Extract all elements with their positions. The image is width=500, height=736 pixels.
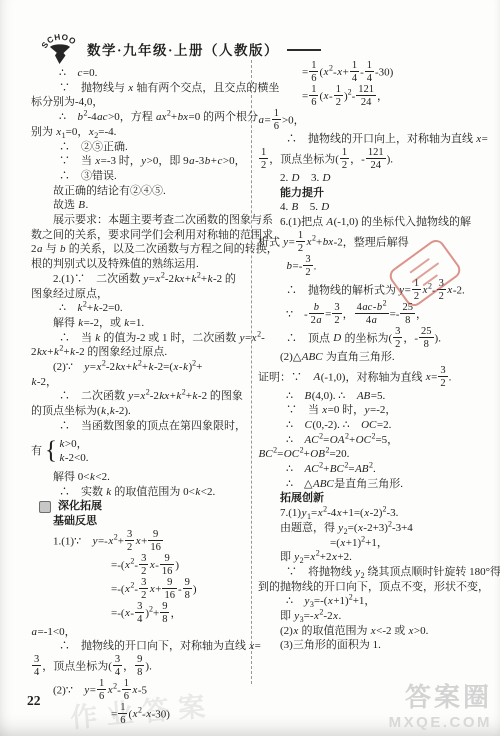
- header-rule: [287, 49, 321, 51]
- text-line: 2.(1)∵ 二次函数 y=x2-2kx+k2+k-2 的: [31, 272, 250, 287]
- text-line: 即 y2=x2+2x+2.: [258, 550, 494, 565]
- brace-glyph: {: [45, 435, 57, 466]
- text-line: 析式 y=12x2+bx-2，整理后解得: [258, 230, 494, 254]
- text-line: ∴ AC2=OA2+OC2=5，: [258, 433, 494, 448]
- text-line: =(x+1)2+1，: [258, 536, 494, 551]
- text-line: ∴ 抛物线的解析式为 y=12x2-32x-2.: [258, 278, 494, 302]
- text-line: ∴ B(4,0). ∴ AB=5.: [258, 389, 494, 404]
- subsection-header: 能力提升: [258, 186, 494, 201]
- text-line: ∴ 当 k 的值为-2 或 1 时，二次函数 y=x2-: [31, 331, 250, 346]
- text-line: ∴ 抛物线的开口向下，对称轴为直线 x=: [31, 639, 250, 654]
- text-line: 2. D 3. D: [258, 171, 494, 186]
- answer-site-watermark: 答案圈 MXQE.COM: [389, 677, 492, 731]
- text-line: 4. B 5. D: [258, 200, 494, 215]
- text-line: 的顶点坐标为(k,k-2).: [31, 404, 250, 419]
- text-line: 即 y3=-x2-2x.: [258, 609, 494, 624]
- text-line: 数之间的关系，要求同学们会利用对称轴的范围求: [31, 228, 250, 243]
- text-line: (2)x 的取值范围为 x<-2 或 x>0.: [258, 624, 494, 639]
- text-line: 34，顶点坐标为(34，98).: [31, 654, 250, 678]
- text-line: 1.(1)∵ y=-x2+32x+916: [31, 529, 250, 553]
- text-line: (3)三角形的面积为 1.: [258, 638, 494, 653]
- text-line: ∴ ②⑤正确.: [31, 140, 250, 155]
- text-line: ∴ b2-4ac>0，方程 ax2+bx=0 的两个根分: [31, 110, 250, 125]
- text-line: 12，顶点坐标为(12，-12124).: [258, 147, 494, 171]
- text-line: ∴ 抛物线的开口向上，对称轴为直线 x=: [258, 132, 494, 147]
- text-line: 标分别为-4,0，: [31, 95, 250, 110]
- subsection-header: 拓展创新: [258, 491, 494, 506]
- text-line: 到的抛物线的开口向下，顶点不变，形状不变，: [258, 580, 494, 595]
- text-line: ∴ k2+k-2=0.: [31, 301, 250, 316]
- text-line: a=16>0，: [258, 108, 494, 132]
- book-title: 数学·九年级·上册（人教版）: [87, 39, 279, 59]
- text-line: 故选 B.: [31, 198, 250, 213]
- text-line: 证明：∵ A(-1,0)，对称轴为直线 x=32.: [258, 365, 494, 389]
- text-line: (2)△ABC 为直角三角形.: [258, 350, 494, 365]
- text-line: 别为 x1=0，x2=-4.: [31, 125, 250, 140]
- text-line: ∴ 二次函数 y=x2-2kx+k2+k-2 的图象: [31, 389, 250, 404]
- text-line: ∴ 当函数图象的顶点在第四象限时，: [31, 419, 250, 434]
- equation-system-line: 有{k>0，k-2<0.: [31, 435, 250, 469]
- text-line: 图象经过原点，: [31, 287, 250, 302]
- text-line: ∴ c=0.: [31, 66, 250, 81]
- text-line: 展示要求：本题主要考查二次函数的图象与系: [31, 213, 250, 228]
- left-column: ∴ c=0.∵ 抛物线与 x 轴有两个交点，且交点的横坐标分别为-4,0，∴ b…: [31, 66, 250, 726]
- text-line: ∴ △ABC是直角三角形.: [258, 477, 494, 492]
- text-line: BC2=OC2+OB2=20.: [258, 447, 494, 462]
- school-logo-icon: SCHOOL: [42, 32, 78, 66]
- text-line: =-(x-34)2+98，: [31, 601, 250, 625]
- text-line: 由题意，得 y2=(x-2+3)2-3+4: [258, 521, 494, 536]
- text-line: ∴ 顶点 D 的坐标为(32，-258).: [258, 326, 494, 350]
- subsection-header: 基础反思: [31, 514, 250, 529]
- text-line: ∵ 当 x=-3 时，y>0，即 9a-3b+c>0，: [31, 154, 250, 169]
- text-line: 解得 0<k<2.: [31, 470, 250, 485]
- right-column: =16(x2-x+14-14-30)=16(x-12)2-12124，a=16>…: [258, 60, 494, 653]
- text-line: k-2，: [31, 375, 250, 390]
- text-line: ∴ y3=-(x+1)2+1，: [258, 594, 494, 609]
- text-line: ∵ 当 x=0 时，y=-2，: [258, 403, 494, 418]
- text-line: =-(x2-32x+916-98): [31, 577, 250, 601]
- text-line: =-(x2-32x-916): [31, 553, 250, 577]
- text-line: ∴ C(0,-2). ∴ OC=2.: [258, 418, 494, 433]
- text-line: =16(x-12)2-12124，: [258, 84, 494, 108]
- text-line: 根的判别式以及特殊值的熟练运用.: [31, 257, 250, 272]
- text-line: ∵ 将抛物线 y2 绕其顶点顺时针旋转 180°得: [258, 565, 494, 580]
- watermark-brand: 答案圈: [389, 677, 492, 714]
- text-line: 故正确的结论有②④⑤.: [31, 184, 250, 199]
- text-line: (2)∵ y=x2-2kx+k2+k-2=(x-k)2+: [31, 360, 250, 375]
- text-line: a=-1<0，: [31, 625, 250, 640]
- text-line: ∵ -b2a=32，4ac-b24a=-258，: [258, 302, 494, 326]
- scanned-textbook-page: SCHOOL 数学·九年级·上册（人教版） ∴ c=0.∵ 抛物线与 x 轴有两…: [0, 0, 500, 736]
- text-line: 7.(1)y1=x2-4x+1=(x-2)2-3.: [258, 506, 494, 521]
- text-line: ∴ AC2+BC2=AB2.: [258, 462, 494, 477]
- text-line: ∵ 抛物线与 x 轴有两个交点，且交点的横坐: [31, 81, 250, 96]
- text-line: =16(x2-x+14-14-30): [258, 60, 494, 84]
- text-line: ∴ 实数 k 的取值范围为 0<k<2.: [31, 485, 250, 500]
- text-line: ∴ ③错误.: [31, 169, 250, 184]
- column-divider: [251, 60, 252, 684]
- watermark-site: MXQE.COM: [389, 714, 492, 731]
- page-number: 22: [27, 693, 41, 709]
- section-marker-icon: [39, 501, 51, 513]
- text-line: 6.(1)把点 A(-1,0) 的坐标代入抛物线的解: [258, 215, 494, 230]
- text-line: 解得 k=-2，或 k=1.: [31, 316, 250, 331]
- text-line: 2a 与 b 的关系，以及二次函数与方程之间的转换，: [31, 242, 250, 257]
- section-header: 深化拓展: [31, 499, 250, 514]
